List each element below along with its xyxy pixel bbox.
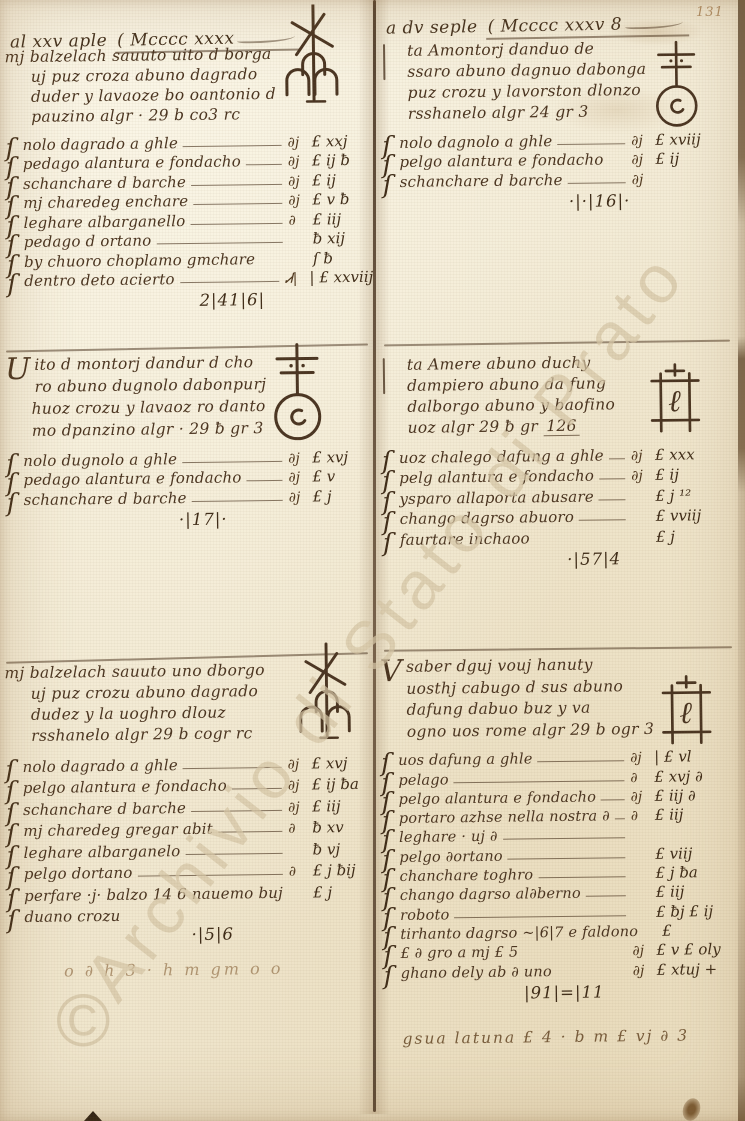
paragraph-text: ssaro abuno dagnuo dabonga bbox=[407, 60, 646, 81]
entry-text: chango dagrso abuoro bbox=[400, 508, 575, 528]
entry-text: nolo dugnolo a ghle bbox=[23, 450, 177, 470]
entry-amount: £ iij bbox=[312, 209, 372, 228]
denari-mark: ∂j bbox=[631, 789, 655, 805]
entry-text: perfare ·j· balzo 14 6 nauemo buj bbox=[24, 883, 283, 904]
denari-mark: ∂j bbox=[288, 469, 312, 485]
entry-dash-line bbox=[246, 164, 282, 165]
denari-mark: ∂j bbox=[288, 450, 312, 466]
entry-amount: £ v £ oly bbox=[656, 940, 740, 959]
entry-text: pelgo alantura e fondacho bbox=[399, 789, 597, 807]
entry-dash-line bbox=[568, 182, 626, 184]
page-left: al xxv aple( Mcccc xxxx mj balzelach sau… bbox=[6, 0, 372, 1121]
entry-dash-line bbox=[599, 478, 625, 479]
denari-mark: ∂ bbox=[289, 863, 313, 879]
entry-lead-mark: ſ bbox=[382, 495, 399, 507]
paragraph-text: uj puz croza abuno dagrado bbox=[31, 65, 258, 86]
entry-dash-line bbox=[192, 499, 283, 501]
paragraph-text: saber dguj vouj hanuty bbox=[406, 656, 593, 676]
entry-dash-line bbox=[191, 183, 282, 185]
entry-dash-line bbox=[138, 874, 283, 877]
entry-amount: £ ij ƀa bbox=[312, 775, 372, 794]
entry-text: pelg alantura e fondacho bbox=[399, 467, 594, 487]
paragraph-text: huoz crozu y lavaoz ro danto bbox=[31, 397, 265, 418]
entry-row: ſpelgo dortano∂£ j ƀij bbox=[7, 857, 373, 883]
entry-text: schanchare d barche bbox=[23, 173, 186, 193]
entry-text: schanchare d barche bbox=[23, 799, 186, 819]
entry-lead-mark: ſ bbox=[6, 807, 23, 819]
entry-amount: ƀ vj bbox=[312, 839, 372, 858]
paragraph-text: rsshanelo algr 29 b cogr rc bbox=[31, 724, 253, 745]
ledger-block: Uito d montorj dandur d choro abuno dugn… bbox=[5, 352, 373, 531]
entry-lead-mark: ſ bbox=[7, 871, 24, 883]
entry-lead-mark: ſ bbox=[6, 785, 23, 797]
paragraph-text: dafung dabuo buz y va bbox=[406, 699, 590, 719]
entry-text: nolo dagnolo a ghle bbox=[399, 132, 552, 152]
block-total: ·|·|16|· bbox=[569, 189, 740, 210]
entry-amount: £ xvj ∂ bbox=[654, 766, 738, 785]
entry-amount: £ iij bbox=[655, 805, 739, 824]
entry-lead-mark: ſ bbox=[383, 178, 400, 190]
svg-text:ℓ: ℓ bbox=[679, 696, 692, 731]
ledger-block: mj balzelach sauuto uito d borgauj puz c… bbox=[4, 44, 373, 312]
entry-amount: £ vviij bbox=[656, 506, 740, 525]
entry-text: pelgo ∂ortano bbox=[399, 848, 503, 865]
entry-text: chango dagrso al∂berno bbox=[400, 886, 581, 904]
page-header: a dv seple( Mcccc xxxv 8 bbox=[386, 13, 689, 38]
entry-text: leghare albarganelo bbox=[23, 842, 180, 862]
underlined-number: 126 bbox=[543, 417, 580, 436]
block-total: |91|=|11 bbox=[524, 980, 741, 1002]
entry-text: nolo dagrado a ghle bbox=[22, 134, 178, 154]
entry-dash-line bbox=[601, 799, 625, 800]
entry-amount: £ j ƀij bbox=[313, 861, 373, 880]
entry-row: ſmj charedeg gregar abit∂ƀ xv bbox=[6, 814, 372, 840]
entry-amount: £ j bbox=[313, 486, 373, 505]
entry-dash-line bbox=[232, 788, 282, 790]
entry-text: chanchare toghro bbox=[399, 867, 533, 885]
denari-mark: ∂j bbox=[633, 962, 657, 978]
entry-amount: £ j ƀa bbox=[655, 863, 739, 882]
block-total: ·|17|· bbox=[179, 507, 373, 528]
entry-text: pelgo alantura e fondacho bbox=[399, 150, 603, 170]
paragraph-line: pauzino algr · 29 b co3 rc bbox=[5, 104, 371, 128]
entry-text: uos dafung a ghle bbox=[398, 752, 533, 770]
entry-lead-mark: ſ bbox=[7, 914, 24, 926]
denari-mark: ∂ bbox=[288, 820, 312, 836]
denari-mark: ∂ bbox=[288, 212, 312, 228]
binding-edge bbox=[738, 0, 745, 1121]
entry-dash-line bbox=[579, 519, 626, 521]
paragraph-text: ta Amere abuno duchy bbox=[407, 354, 591, 374]
entry-dash-line bbox=[156, 242, 282, 245]
entry-dash-line bbox=[182, 460, 282, 462]
entry-text: leghare · uj ∂ bbox=[399, 829, 498, 846]
entry-amount bbox=[656, 186, 740, 187]
entry-amount: £ iij ∂ bbox=[654, 786, 738, 805]
denari-mark: ∂j bbox=[631, 152, 655, 168]
entry-dash-line bbox=[247, 480, 283, 481]
entry-spacer bbox=[530, 546, 632, 547]
entry-text: duano crozu bbox=[24, 907, 120, 926]
entry-list: ſnolo dagrado a ghle∂j£ xvjſpelgo alantu… bbox=[5, 750, 373, 926]
entry-lead-mark: ſ bbox=[6, 828, 23, 840]
entry-dash-line bbox=[185, 852, 282, 854]
entry-amount: £ j bbox=[313, 882, 373, 901]
entry-row: ſperfare ·j· balzo 14 6 nauemo buj£ j bbox=[7, 879, 373, 905]
block-total: ·|5|6 bbox=[191, 923, 373, 944]
entry-lead-mark: ſ bbox=[382, 454, 399, 466]
entry-amount: £ xxj bbox=[311, 131, 371, 150]
paragraph-text: rsshanelo algr 24 gr 3 bbox=[408, 103, 589, 123]
separator-rule bbox=[384, 646, 732, 652]
entry-dash-line bbox=[180, 281, 280, 283]
entry-amount: | £ vl bbox=[654, 747, 738, 766]
entry-lead-mark: ſ bbox=[7, 497, 24, 509]
entry-lead-mark: ſ bbox=[383, 516, 400, 528]
entry-dash-line bbox=[599, 499, 626, 500]
block-total: 2|41|6| bbox=[199, 289, 373, 310]
entry-lead-mark: ſ bbox=[7, 893, 24, 905]
paragraph-text: ito d montorj dandur d cho bbox=[34, 353, 253, 374]
entry-lead-mark: ſ bbox=[383, 536, 400, 548]
paragraph-text: mo dpanzino algr · 29 ƀ gr 3 bbox=[32, 419, 264, 440]
entry-amount: £ iij bbox=[312, 796, 372, 815]
entry-dash-line bbox=[609, 458, 625, 459]
entry-text: pelago bbox=[398, 772, 449, 789]
entry-row: ſpelg alantura e fondacho∂j£ ij bbox=[382, 462, 739, 487]
ledger-block: ta Amontorj danduo dessaro abuno dagnuo … bbox=[381, 38, 740, 213]
entry-text: roboto bbox=[400, 907, 450, 924]
entry-text: pelgo alantura e fondacho bbox=[23, 777, 227, 797]
entry-text: nolo dagrado a ghle bbox=[22, 756, 178, 776]
entry-text: tirhanto dagrso ~|6|7 e faldono bbox=[400, 924, 638, 943]
paragraph-text: dudez y la uoghro dlouz bbox=[31, 704, 226, 724]
entry-amount: | £ xxviij bbox=[309, 268, 373, 287]
denari-mark: ∂j bbox=[631, 468, 655, 484]
entry-dash-line bbox=[193, 203, 282, 205]
entry-amount: £ xvj bbox=[311, 753, 371, 772]
page-tear-mark bbox=[84, 1111, 102, 1121]
svg-text:ℓ: ℓ bbox=[668, 384, 681, 419]
entry-row: ſuoz chalego dafung a ghle∂j£ xxx bbox=[382, 442, 739, 467]
entry-amount: £ ij bbox=[655, 149, 739, 168]
ledger-block: Vsaber dguj vouj hanutyuosthj cabugo d s… bbox=[380, 654, 741, 1004]
denari-mark: ∂j bbox=[287, 756, 311, 772]
entry-dash-line bbox=[191, 809, 282, 811]
paragraph-text: puz crozu y lavorston dlonzo bbox=[407, 81, 641, 102]
entry-text: faurtare inchaoo bbox=[400, 529, 530, 549]
entry-text: ghano dely ab ∂ uno bbox=[401, 964, 552, 982]
folio-number: 131 bbox=[696, 5, 724, 20]
entry-lead-mark: ſ bbox=[382, 475, 399, 487]
paragraph-initial: U bbox=[5, 352, 31, 387]
paragraph-text: ogno uos rome algr 29 b ogr 3 bbox=[407, 719, 655, 740]
block-total: ·|57|4 bbox=[567, 547, 740, 568]
entry-row: ſduano crozu bbox=[7, 900, 373, 926]
entry-amount: £ xxx bbox=[655, 444, 739, 463]
entry-row: ſschanchare d barche∂j£ iij bbox=[6, 793, 372, 819]
entry-lead-mark: ſ bbox=[6, 764, 23, 776]
entry-amount: £ ƀj £ ij bbox=[656, 901, 740, 920]
entry-text: uoz chalego dafung a ghle bbox=[399, 446, 604, 467]
entry-dash-line bbox=[218, 831, 282, 833]
entry-text: mj charedeg gregar abit bbox=[23, 820, 213, 840]
entry-amount: £ xvj bbox=[312, 447, 372, 466]
paragraph-text: uosthj cabugo d sus abuno bbox=[406, 677, 623, 698]
entry-bracket-stroke bbox=[383, 358, 385, 394]
denari-mark: ∂j bbox=[288, 777, 312, 793]
entry-text: pedago alantura e fondacho bbox=[23, 468, 241, 489]
entry-amount: ſ ƀ bbox=[313, 248, 373, 267]
entry-amount: £ j ¹² bbox=[655, 485, 739, 504]
paragraph-text: duder y lavaoze bo oantonio d bbox=[31, 85, 276, 106]
denari-mark: ∂j bbox=[288, 799, 312, 815]
denari-mark: ∂j bbox=[631, 447, 655, 463]
entry-dash-line bbox=[508, 857, 626, 859]
page-gutter bbox=[373, 0, 376, 1112]
entry-bracket-stroke bbox=[383, 44, 385, 80]
entry-dash-line bbox=[183, 766, 282, 768]
entry-row: ſchango dagrso abuoro£ vviij bbox=[383, 503, 740, 528]
entry-list: ſnolo dagnolo a ghle∂j£ xviijſpelgo alan… bbox=[382, 128, 740, 191]
entry-text: schanchare d barche bbox=[24, 489, 187, 509]
entry-list: ſuos dafung a ghle∂j| £ vlſpelago∂£ xvj … bbox=[381, 746, 741, 982]
entry-text: £ ∂ gro a mj £ 5 bbox=[400, 945, 518, 962]
entry-dash-line bbox=[183, 144, 282, 146]
entry-amount: £ ij bbox=[655, 465, 739, 484]
entry-list: ſuoz chalego dafung a ghle∂j£ xxxſpelg a… bbox=[382, 442, 740, 549]
block-summary: o ∂ h 3 · h m gm o o bbox=[64, 959, 284, 981]
denari-mark: Ꮧ| bbox=[285, 271, 309, 287]
entry-text: ysparo allaporta abusare bbox=[399, 487, 594, 507]
entry-text: pedago alantura e fondacho bbox=[23, 152, 241, 173]
paragraph-text: uoz algr 29 ƀ gr bbox=[407, 417, 538, 437]
block-summary: gsua latuna £ 4 · b m £ vj ∂ 3 bbox=[402, 1026, 689, 1047]
denari-mark: ∂j bbox=[288, 153, 312, 169]
entry-lead-mark: ſ bbox=[7, 850, 24, 862]
entry-text: leghare albarganello bbox=[23, 212, 185, 232]
denari-mark: ∂j bbox=[630, 750, 654, 766]
denari-mark: ∂j bbox=[288, 173, 312, 189]
paragraph-text: dalborgo abuno y baofino bbox=[407, 395, 615, 416]
ledger-block: ta Amere abuno duchydampiero abuno da fu… bbox=[381, 352, 741, 571]
entry-row: ſysparo allaporta abusare£ j ¹² bbox=[382, 483, 739, 508]
ledger-block: mj balzelach sauuto uno dborgouj puz cro… bbox=[4, 660, 373, 946]
entry-text: pelgo dortano bbox=[24, 864, 133, 883]
merchant-mark-circle-cross-icon bbox=[271, 342, 324, 445]
entry-text: pedago d ortano bbox=[24, 231, 152, 251]
paragraph-text: ro abuno dugnolo dabonpurj bbox=[35, 375, 267, 396]
manuscript-photo: 131 al xxv aple( Mcccc xxxx mj balzelach… bbox=[0, 0, 745, 1121]
page-right: a dv seple( Mcccc xxxv 8 ta Amontorj dan… bbox=[382, 0, 739, 1121]
entry-lead-mark: ſ bbox=[384, 970, 401, 982]
entry-dash-line bbox=[538, 876, 625, 878]
paragraph-text: mj balzelach sauuto uno dborgo bbox=[4, 661, 265, 682]
entry-text: schanchare d barche bbox=[400, 170, 563, 190]
paragraph-text: ta Amontorj danduo de bbox=[407, 40, 594, 60]
paragraph-text: mj balzelach sauuto uito d borga bbox=[4, 45, 271, 66]
entry-amount: £ v ƀ bbox=[312, 190, 372, 209]
denari-mark: ∂ bbox=[631, 808, 655, 824]
entry-amount: £ xtuj + bbox=[657, 959, 741, 978]
entry-row: ſnolo dagrado a ghle∂j£ xvj bbox=[5, 750, 371, 776]
entry-lead-mark: ſ bbox=[7, 278, 24, 290]
entry-amount: £ v bbox=[312, 467, 372, 486]
separator-rule bbox=[384, 340, 730, 347]
header-date: a dv seple bbox=[386, 17, 478, 39]
denari-mark: ∂j bbox=[287, 134, 311, 150]
entry-row: ſfaurtare inchaoo£ j bbox=[383, 524, 740, 549]
entry-amount: £ ij ƀ bbox=[312, 151, 372, 170]
entry-text: dentro deto acierto bbox=[24, 270, 175, 290]
paragraph-initial: V bbox=[380, 654, 402, 689]
entry-dash-line bbox=[454, 780, 625, 783]
entry-amount: £ ij bbox=[312, 170, 372, 189]
entry-dash-line bbox=[557, 143, 625, 145]
entry-amount: £ iij bbox=[656, 882, 740, 901]
denari-mark: ∂j bbox=[289, 489, 313, 505]
entry-row: ſpelgo alantura e fondacho∂j£ ij ƀa bbox=[6, 771, 372, 797]
merchant-mark-trefoil-cross-icon bbox=[280, 4, 343, 105]
paragraph-text: uj puz crozu abuno dagrado bbox=[31, 682, 259, 703]
entry-text: by chuoro choplamo gmchare bbox=[24, 250, 255, 271]
entry-dash-line bbox=[615, 818, 625, 819]
entry-amount: £ bbox=[662, 921, 745, 940]
entry-text: mj charedeg enchare bbox=[23, 192, 188, 212]
merchant-mark-square-hash-icon: ℓ bbox=[649, 356, 702, 443]
denari-mark: ∂j bbox=[632, 171, 656, 187]
entry-dash-line bbox=[190, 222, 282, 224]
denari-mark: ∂ bbox=[630, 769, 654, 785]
merchant-mark-circle-cross-icon bbox=[653, 36, 700, 135]
paragraph-text: pauzino algr · 29 b co3 rc bbox=[31, 105, 240, 126]
entry-text: portaro azhse nella nostra ∂ bbox=[399, 809, 610, 828]
entry-list: ſnolo dugnolo a ghle∂j£ xvjſpedago alant… bbox=[6, 446, 373, 509]
entry-dash-line bbox=[586, 896, 626, 897]
paragraph-text: dampiero abuno da fung bbox=[407, 374, 607, 394]
denari-mark: ∂j bbox=[632, 943, 656, 959]
entry-amount: ƀ xv bbox=[312, 818, 372, 837]
entry-dash-line bbox=[538, 761, 625, 763]
entry-spacer bbox=[552, 979, 633, 980]
entry-row: ſleghare albarganeloƀ vj bbox=[6, 836, 372, 862]
denari-mark: ∂j bbox=[631, 132, 655, 148]
denari-mark: ∂j bbox=[288, 192, 312, 208]
merchant-mark-square-hash-icon: ℓ bbox=[660, 674, 713, 749]
entry-amount: £ viij bbox=[655, 844, 739, 863]
entry-amount: ƀ xij bbox=[313, 229, 373, 248]
entry-amount: £ j bbox=[656, 526, 740, 545]
entry-list: ſnolo dagrado a ghle∂j£ xxjſpedago alant… bbox=[5, 130, 373, 290]
entry-dash-line bbox=[503, 838, 625, 840]
entry-dash-line bbox=[455, 915, 627, 918]
